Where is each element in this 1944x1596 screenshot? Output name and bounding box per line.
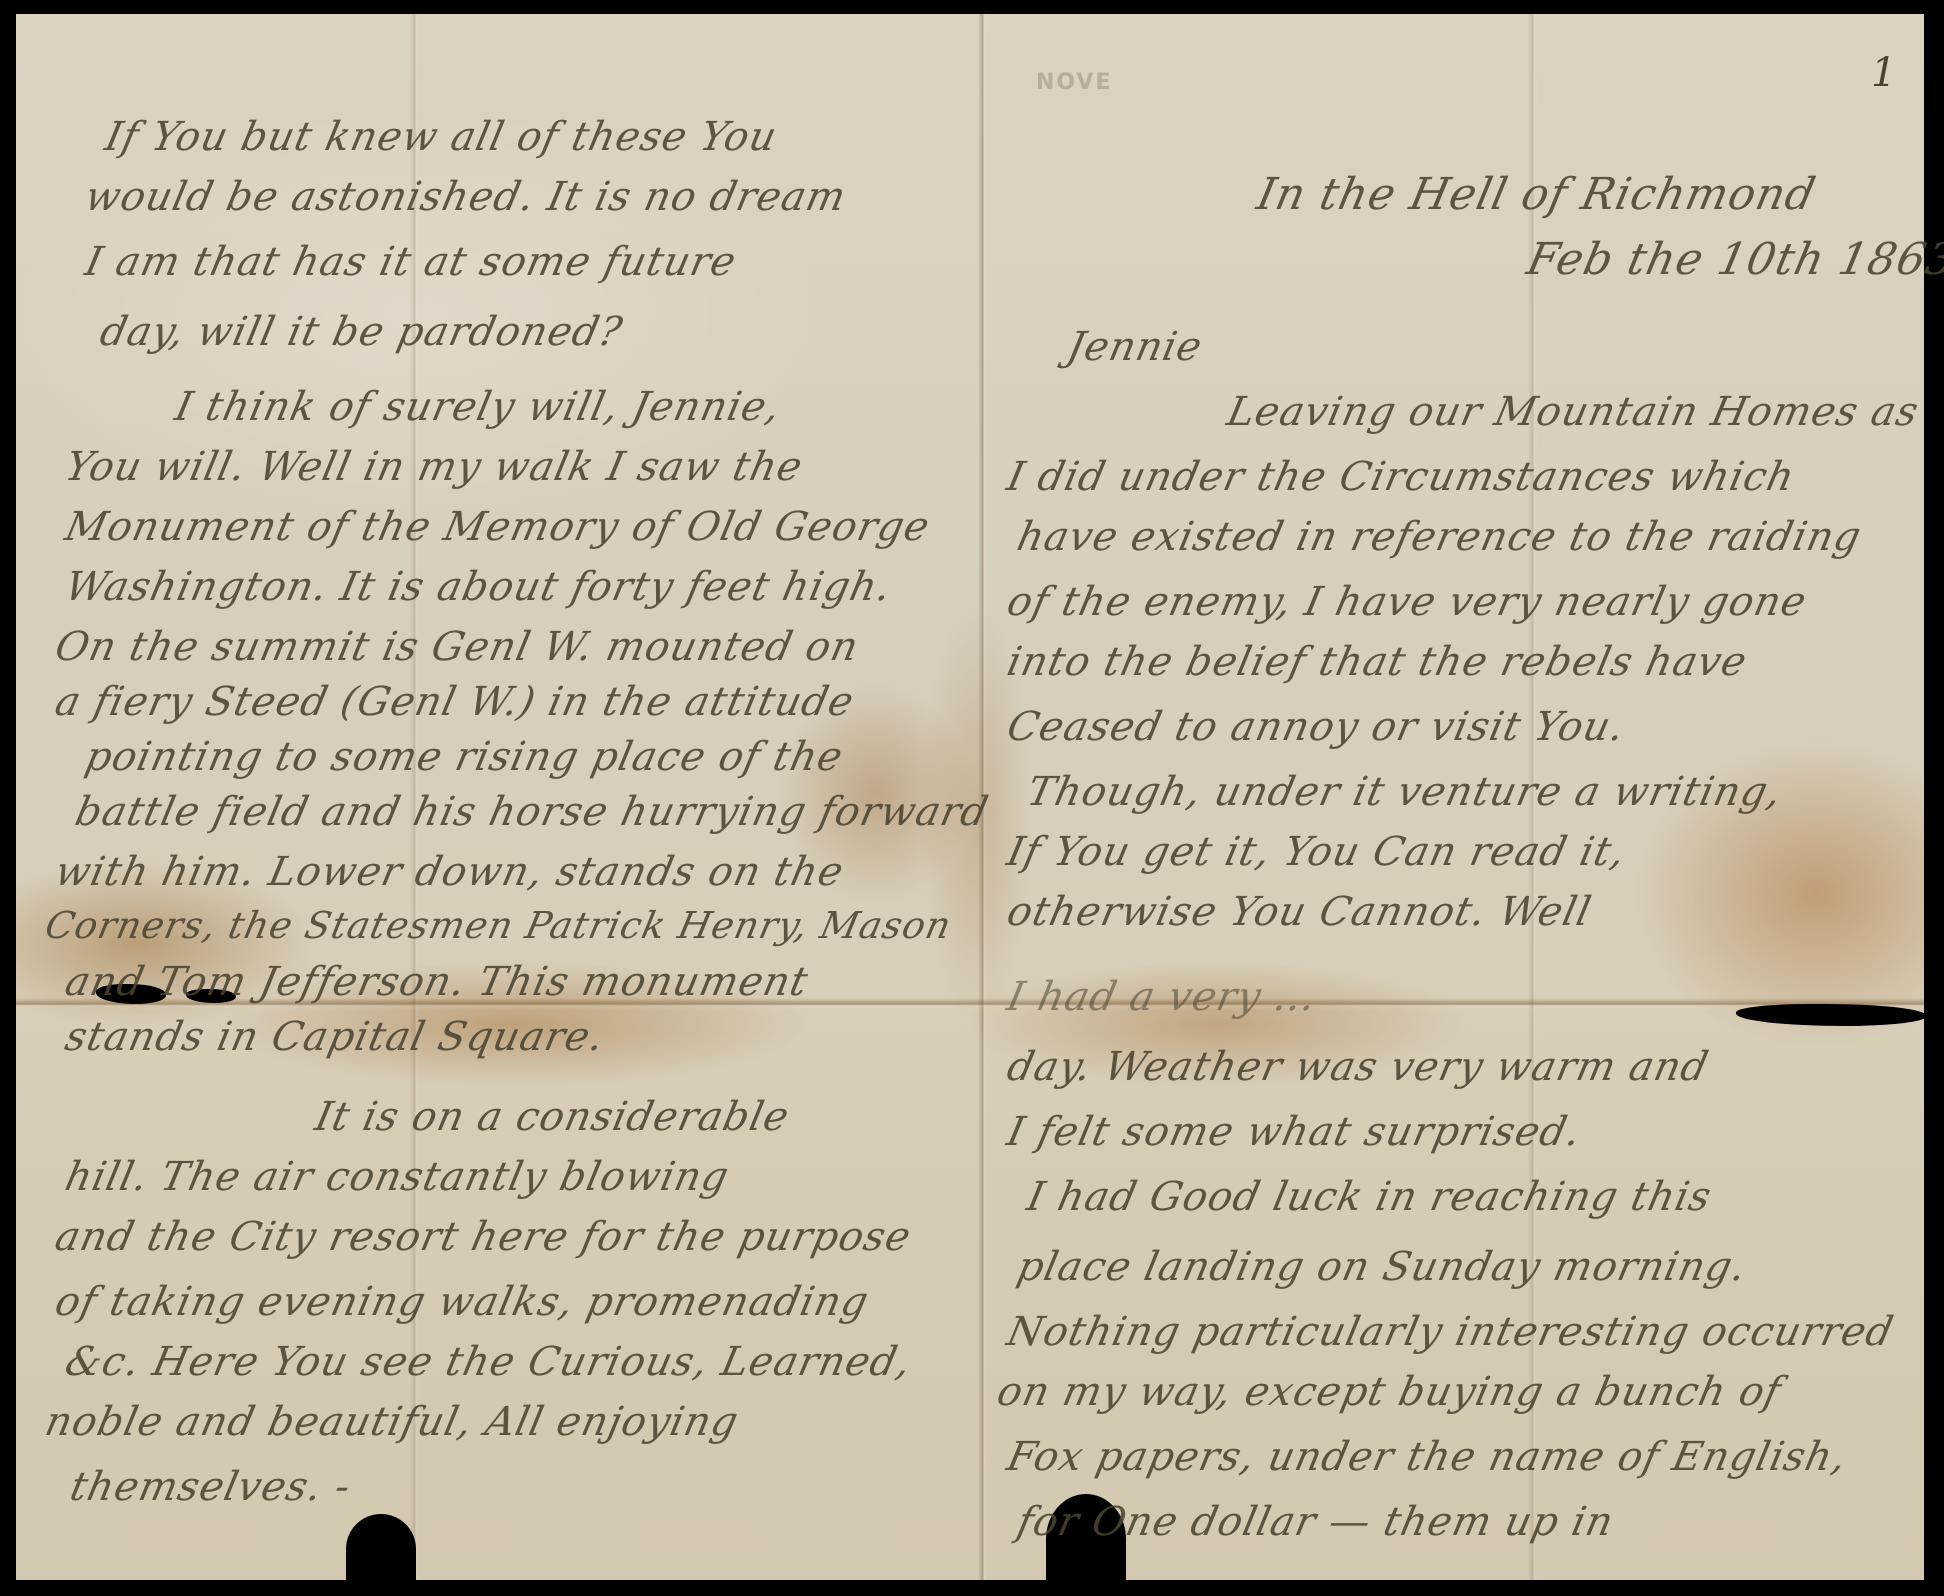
letter-paper: NOVE 1 If You but knew all of these You … [16, 14, 1924, 1580]
letter-line: and Tom Jefferson. This monument [61, 959, 812, 1005]
letter-line: battle field and his horse hurrying forw… [71, 789, 993, 835]
letter-line: I think of surely will, Jennie, [171, 384, 785, 430]
letter-line: Monument of the Memory of Old George [61, 504, 934, 550]
letter-line: day. Weather was very warm and [1003, 1044, 1713, 1090]
letter-line: Nothing particularly interesting occurre… [1003, 1309, 1898, 1355]
letter-line: Fox papers, under the name of English, [1003, 1434, 1851, 1480]
letter-line: hill. The air constantly blowing [61, 1154, 733, 1200]
letter-line: themselves. - [66, 1464, 355, 1510]
letter-line: If You get it, You Can read it, [1003, 829, 1630, 875]
letter-line: pointing to some rising place of the [81, 734, 847, 780]
letter-line: I had a very ... [1003, 974, 1321, 1020]
left-page: If You but knew all of these You would b… [16, 14, 978, 1580]
letter-line: If You but knew all of these You [101, 114, 781, 160]
heading-place: In the Hell of Richmond [1253, 169, 1821, 220]
letter-line: a fiery Steed (Genl W.) in the attitude [51, 679, 858, 725]
letter-line: Washington. It is about forty feet high. [61, 564, 896, 610]
heading-date: Feb the 10th 1863. [1523, 234, 1944, 285]
letter-line: day, will it be pardoned? [96, 309, 627, 355]
letter-line: Though, under it venture a writing, [1023, 769, 1786, 815]
letter-line: for One dollar — them up in [1013, 1499, 1618, 1545]
right-page: In the Hell of Richmond Feb the 10th 186… [988, 14, 1924, 1580]
letter-line: on my way, except buying a bunch of [993, 1369, 1785, 1415]
letter-line: place landing on Sunday morning. [1013, 1244, 1751, 1290]
letter-line: and the City resort here for the purpose [51, 1214, 915, 1260]
letter-line: noble and beautiful, All enjoying [41, 1399, 743, 1445]
letter-line: of taking evening walks, promenading [51, 1279, 873, 1325]
letter-line: On the summit is Genl W. mounted on [51, 624, 863, 670]
letter-line: Leaving our Mountain Homes as [1223, 389, 1923, 435]
letter-line: You will. Well in my walk I saw the [61, 444, 807, 490]
letter-line: Corners, the Statesmen Patrick Henry, Ma… [41, 904, 955, 947]
letter-line: I felt some what surprised. [1003, 1109, 1585, 1155]
letter-line: I am that has it at some future [81, 239, 740, 285]
letter-line: I had Good luck in reaching this [1023, 1174, 1716, 1220]
letter-line: into the belief that the rebels have [1003, 639, 1751, 685]
letter-line: of the enemy, I have very nearly gone [1003, 579, 1811, 625]
letter-line: otherwise You Cannot. Well [1003, 889, 1596, 935]
letter-line: stands in Capital Square. [61, 1014, 609, 1060]
letter-line: with him. Lower down, stands on the [51, 849, 848, 895]
letter-line: Ceased to annoy or visit You. [1003, 704, 1629, 750]
letter-line: have existed in reference to the raiding [1013, 514, 1865, 560]
letter-line: It is on a considerable [311, 1094, 793, 1140]
letter-line: would be astonished. It is no dream [81, 174, 850, 220]
letter-line: I did under the Circumstances which [1003, 454, 1799, 500]
salutation: Jennie [1063, 324, 1206, 370]
letter-line: &c. Here You see the Curious, Learned, [61, 1339, 916, 1385]
